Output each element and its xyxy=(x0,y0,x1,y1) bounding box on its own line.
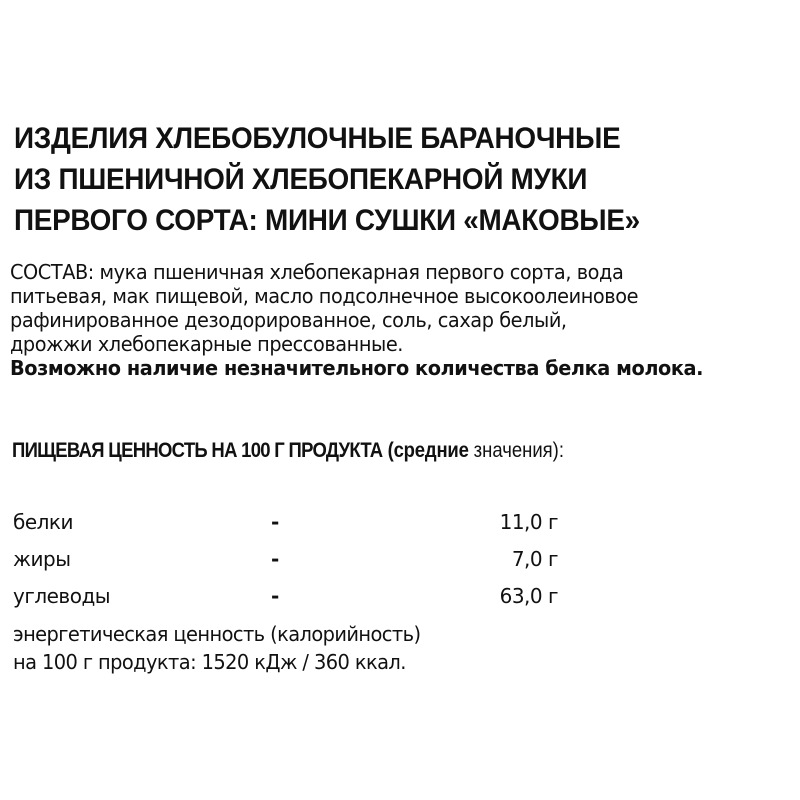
nutrient-separator: - xyxy=(271,582,279,610)
nutrient-value: 63,0 г xyxy=(500,582,558,610)
energy-line: энергетическая ценность (калорийность) xyxy=(13,620,420,648)
product-title: ИЗДЕЛИЯ ХЛЕБОБУЛОЧНЫЕ БАРАНОЧНЫЕ ИЗ ПШЕН… xyxy=(14,118,739,241)
nutrition-heading-sub-open: (средние xyxy=(388,439,474,462)
nutrient-name: белки xyxy=(13,508,73,536)
nutrient-separator: - xyxy=(271,545,279,573)
composition-line: дрожжи хлебопекарные прессованные. xyxy=(10,332,772,356)
nutrient-row-fat: жиры - 7,0 г xyxy=(13,545,558,582)
nutrition-heading: ПИЩЕВАЯ ЦЕННОСТЬ НА 100 Г ПРОДУКТА (сред… xyxy=(12,438,564,464)
nutrient-value: 11,0 г xyxy=(500,508,558,536)
composition-line: питьевая, мак пищевой, масло подсолнечно… xyxy=(10,284,772,308)
energy-line: на 100 г продукта: 1520 кДж / 360 ккал. xyxy=(13,648,420,676)
nutrient-name: жиры xyxy=(13,545,71,573)
product-title-line: ПЕРВОГО СОРТА: МИНИ СУШКИ «МАКОВЫЕ» xyxy=(14,200,739,241)
nutrient-name: углеводы xyxy=(13,582,110,610)
composition-line: рафинированное дезодорированное, соль, с… xyxy=(10,308,772,332)
nutrient-table: белки - 11,0 г жиры - 7,0 г углеводы - 6… xyxy=(13,508,558,619)
composition-line: СОСТАВ: мука пшеничная хлебопекарная пер… xyxy=(10,260,772,284)
nutrition-heading-main: ПИЩЕВАЯ ЦЕННОСТЬ НА 100 Г ПРОДУКТА xyxy=(12,439,382,462)
nutrient-separator: - xyxy=(271,508,279,536)
nutrient-value: 7,0 г xyxy=(512,545,558,573)
nutrient-row-carbohydrates: углеводы - 63,0 г xyxy=(13,582,558,619)
nutrient-row-protein: белки - 11,0 г xyxy=(13,508,558,545)
allergen-note: Возможно наличие незначительного количес… xyxy=(10,356,772,380)
nutrition-heading-sub-rest: значения): xyxy=(474,439,564,462)
energy-value: энергетическая ценность (калорийность) н… xyxy=(13,620,420,676)
product-title-line: ИЗ ПШЕНИЧНОЙ ХЛЕБОПЕКАРНОЙ МУКИ xyxy=(14,159,739,200)
product-title-line: ИЗДЕЛИЯ ХЛЕБОБУЛОЧНЫЕ БАРАНОЧНЫЕ xyxy=(14,118,739,159)
composition-block: СОСТАВ: мука пшеничная хлебопекарная пер… xyxy=(10,260,772,380)
